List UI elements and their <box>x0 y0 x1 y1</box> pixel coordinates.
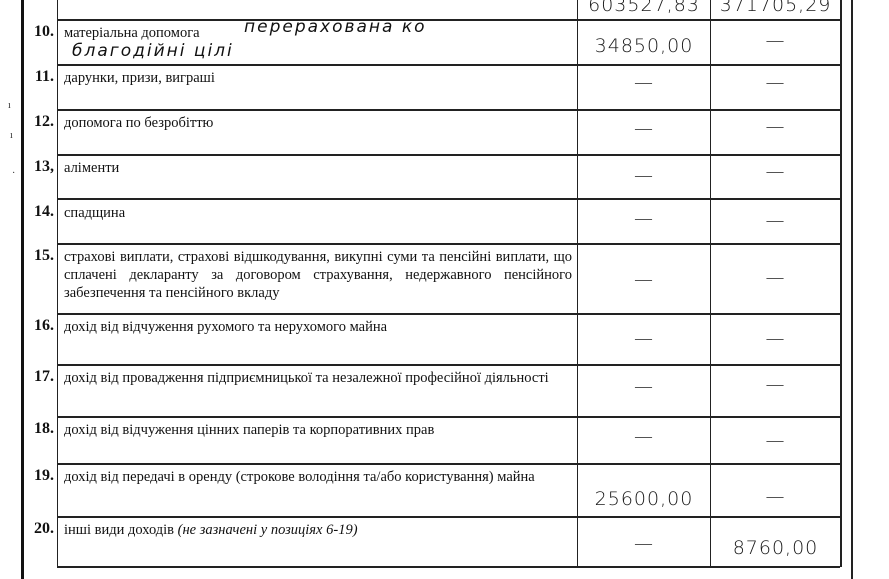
row-col2-value: — <box>711 210 840 232</box>
row-description: допомога по безробіттю <box>64 114 572 132</box>
scan-speck: ı <box>8 100 11 111</box>
row-col1-value: — <box>578 165 710 187</box>
row-description: дохід від провадження підприємницької та… <box>64 369 572 387</box>
row-separator <box>57 516 840 518</box>
row-col2-value: — <box>711 374 840 396</box>
row-number: 18. <box>24 420 54 438</box>
row-number: 17. <box>24 368 54 386</box>
row-separator <box>57 19 840 21</box>
scan-speck: ı <box>10 130 13 141</box>
row-col1-value: 25600,00 <box>578 488 710 510</box>
row-col1-value: — <box>578 328 710 350</box>
row-description: дохід від відчуження рухомого та нерухом… <box>64 318 572 336</box>
row-col1-value: — <box>578 118 710 140</box>
row-description: аліменти <box>64 159 572 177</box>
row-col2-value: — <box>711 430 840 452</box>
row-col2-value: — <box>711 267 840 289</box>
row-col2-value: — <box>711 161 840 183</box>
row-separator <box>57 64 840 66</box>
row-col2-value: — <box>711 328 840 350</box>
row-description: інші види доходів (не зазначені у позиці… <box>64 521 572 539</box>
row-description: страхові виплати, страхові відшкодування… <box>64 248 572 302</box>
column-divider-number <box>57 0 58 567</box>
row-col2-value: — <box>711 486 840 508</box>
declaration-income-table: 603527,83 371705,29 10. матеріальна допо… <box>0 0 889 579</box>
row-number: 14. <box>24 203 54 221</box>
row-separator <box>57 313 840 315</box>
row-number: 15. <box>24 247 54 265</box>
row-col1-value: — <box>578 208 710 230</box>
row-description: дохід від передачі в оренду (строкове во… <box>64 468 572 486</box>
row-number: 11. <box>24 68 54 86</box>
row-number: 12. <box>24 113 54 131</box>
outer-border-left <box>21 0 24 579</box>
row-separator <box>57 109 840 111</box>
row-separator <box>57 154 840 156</box>
row-number: 10. <box>24 23 54 41</box>
row-col2-value: — <box>711 30 840 52</box>
scan-speck: · <box>12 168 15 179</box>
table-bottom-border <box>57 566 840 568</box>
row-number: 19. <box>24 467 54 485</box>
row-description-main: інші види доходів <box>64 522 174 538</box>
column-divider-right <box>840 0 842 567</box>
row-description: дохід від відчуження цінних паперів та к… <box>64 421 572 439</box>
row-col2-value: — <box>711 72 840 94</box>
row-description-italic: (не зазначені у позиціях 6-19) <box>178 522 358 538</box>
row-col1-value: — <box>578 533 710 555</box>
row-description: дарунки, призи, виграші <box>64 69 572 87</box>
row-col2-value: — <box>711 116 840 138</box>
row-col1-value: — <box>578 426 710 448</box>
row-separator <box>57 463 840 465</box>
row-separator <box>57 416 840 418</box>
outer-border-right <box>851 0 853 579</box>
handwritten-note-line1: перерахована ко <box>244 17 427 37</box>
top-row-col2-value: 371705,29 <box>711 0 840 16</box>
row-number: 16. <box>24 317 54 335</box>
row-col1-value: 34850,00 <box>578 35 710 57</box>
row-col1-value: — <box>578 72 710 94</box>
row-description: спадщина <box>64 204 572 222</box>
row-col2-value: 8760,00 <box>711 537 840 559</box>
row-number: 13, <box>24 158 54 176</box>
top-row-col1-value: 603527,83 <box>578 0 710 16</box>
row-number: 20. <box>24 520 54 538</box>
row-separator <box>57 243 840 245</box>
handwritten-note-line2: благодійні цілі <box>72 41 234 61</box>
row-col1-value: — <box>578 269 710 291</box>
row-separator <box>57 198 840 200</box>
row-separator <box>57 364 840 366</box>
row-col1-value: — <box>578 376 710 398</box>
